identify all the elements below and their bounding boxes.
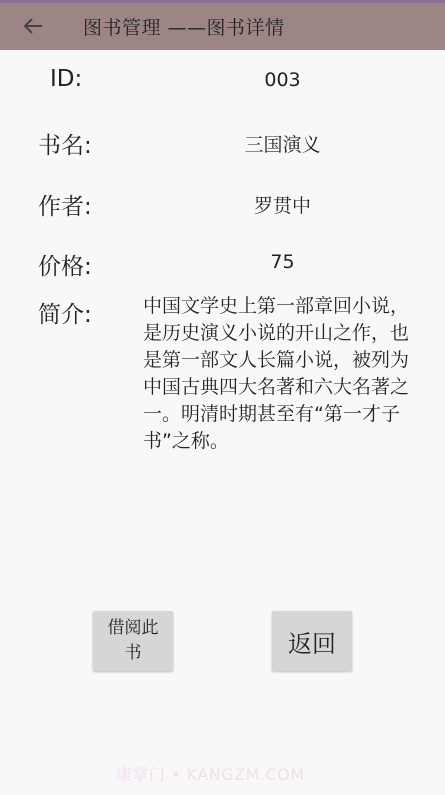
intro-label: 简介:	[38, 296, 92, 329]
app-bar: 图书管理 ——图书详情	[0, 3, 445, 50]
name-row: 书名: 三国演义	[0, 127, 445, 167]
id-value: 003	[150, 69, 415, 91]
author-value: 罗贯中	[150, 191, 415, 218]
author-label: 作者:	[38, 188, 92, 221]
price-row: 价格: 75	[0, 248, 445, 288]
return-button[interactable]: 返回	[272, 611, 352, 671]
borrow-button[interactable]: 借阅此书	[93, 611, 173, 671]
watermark: 康掌门 • KANGZM.COM	[116, 762, 305, 785]
id-label: ID:	[50, 66, 82, 92]
intro-text: 中国文学史上第一部章回小说，是历史演义小说的开山之作，也是第一部文人长篇小说，被…	[143, 293, 415, 455]
name-label: 书名:	[38, 127, 92, 160]
arrow-left-icon	[23, 17, 43, 35]
price-label: 价格:	[38, 248, 92, 281]
page-title: 图书管理 ——图书详情	[83, 13, 285, 40]
name-value: 三国演义	[150, 130, 415, 157]
author-row: 作者: 罗贯中	[0, 188, 445, 228]
price-value: 75	[150, 251, 415, 273]
back-button[interactable]	[18, 11, 48, 41]
id-row: ID: 003	[0, 66, 445, 106]
